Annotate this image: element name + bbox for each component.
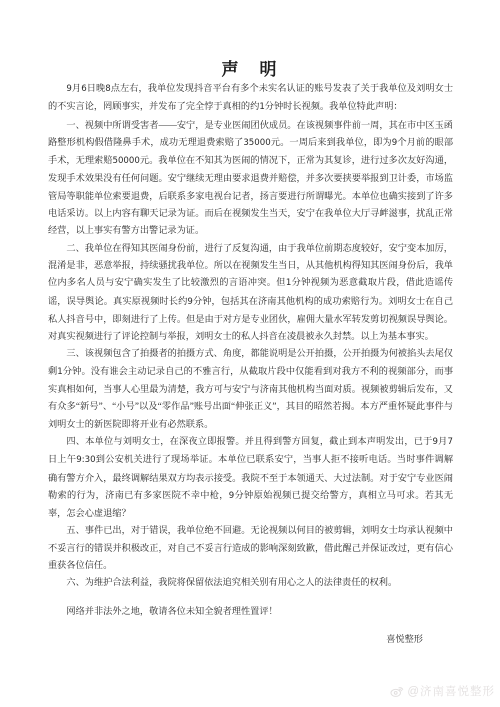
paragraph-item-6: 六、为维护合法利益，我院将保留依法追究相关别有用心之人的法律责任的权利。 bbox=[48, 574, 453, 591]
statement-document-page: 声 明 9月6日晚8点左右，我单位发现抖音平台有多个未实名认证的账号发表了关于我… bbox=[0, 0, 500, 707]
paragraph-item-4: 四、本单位与刘明女士，在深夜立即报警。并且得到警方回复，截止到本声明发出，已于9… bbox=[48, 433, 453, 522]
paragraph-item-3: 三、该视频包含了拍摄者的拍摄方式、角度，都能说明是公开拍摄，公开拍摄为何被掐头去… bbox=[48, 345, 453, 432]
closing-appeal-line: 网络并非法外之地，敬请各位未知全貌者理性置评！ bbox=[48, 603, 453, 620]
intro-paragraph: 9月6日晚8点左右，我单位发现抖音平台有多个未实名认证的账号发表了关于我单位及刘… bbox=[48, 80, 453, 117]
signature-line: 喜悦整形 bbox=[48, 631, 453, 648]
paragraph-item-5: 五、事件已出，对于错误，我单位绝不回避。无论视频以何目的被剪辑，刘明女士均承认视… bbox=[48, 522, 453, 574]
document-title: 声 明 bbox=[0, 0, 500, 80]
document-body: 9月6日晚8点左右，我单位发现抖音平台有多个未实名认证的账号发表了关于我单位及刘… bbox=[48, 80, 453, 648]
weibo-icon bbox=[389, 684, 405, 698]
paragraph-item-2: 二、我单位在得知其医闹身份前，进行了反复沟通，由于我单位前期态度较好，安宁变本加… bbox=[48, 240, 453, 346]
weibo-watermark: @济南喜悦整形 bbox=[389, 683, 495, 699]
paragraph-item-1: 一、视频中所谓受害者——安宁，是专业医闹团伙成员。在该视频事件前一周，其在市中区… bbox=[48, 117, 453, 240]
watermark-text: @济南喜悦整形 bbox=[407, 683, 495, 699]
